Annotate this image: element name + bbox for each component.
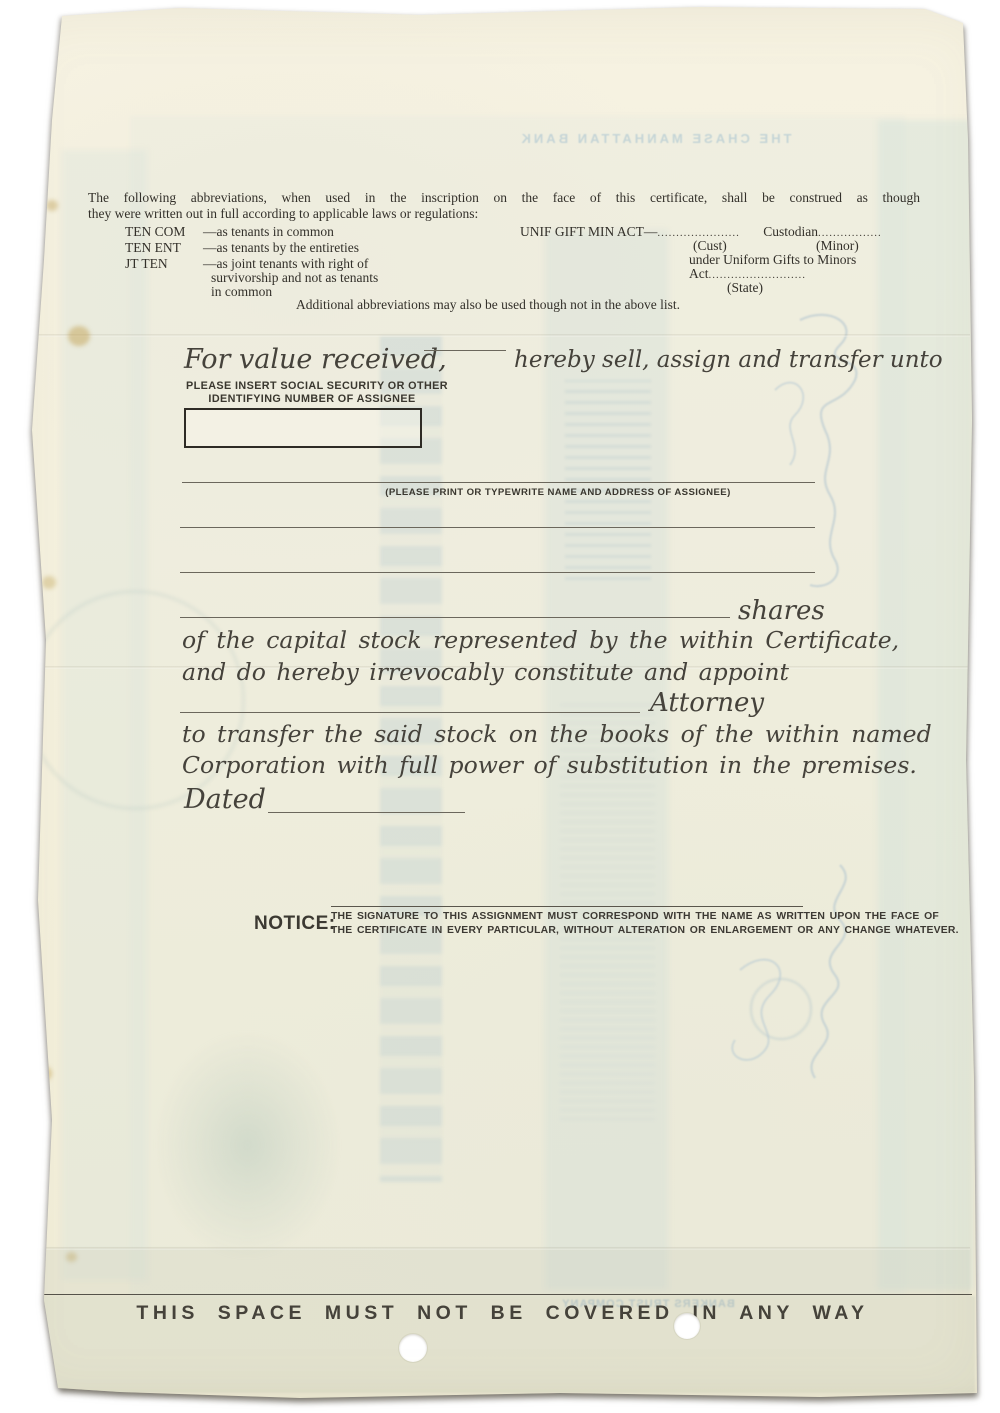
dated-blank-line <box>268 812 465 813</box>
for-value-received-text: For value received, <box>184 344 447 375</box>
scanned-certificate-back: THE CHASE MANHATTAN BANK BANKERS TRUST C… <box>0 0 1000 1413</box>
footer-warning-text: THIS SPACE MUST NOT BE COVERED IN ANY WA… <box>100 1302 905 1325</box>
showthrough-bank-name: THE CHASE MANHATTAN BANK <box>470 131 840 146</box>
attorney-label: Attorney <box>650 688 764 718</box>
abbrev-ten-com-def: —as tenants in common <box>203 224 334 239</box>
punch-hole-left <box>399 1334 427 1362</box>
paper-sheet: THE CHASE MANHATTAN BANK BANKERS TRUST C… <box>0 0 1000 1413</box>
notice-text-line2: THE CERTIFICATE IN EVERY PARTICULAR, WIT… <box>331 925 959 936</box>
foxing-stain <box>42 576 56 589</box>
footer-rule <box>33 1294 972 1295</box>
punch-hole-right <box>674 1313 700 1339</box>
foxing-stain <box>68 326 90 346</box>
notice-overline <box>331 906 803 907</box>
notice-label: NOTICE: <box>254 913 336 935</box>
abbrev-ten-ent: TEN ENT—as tenants by the entireties <box>125 240 359 256</box>
showthrough-signature-lower <box>700 850 880 1090</box>
fold-crease-top <box>35 334 970 337</box>
abbrev-ten-ent-term: TEN ENT <box>125 240 203 256</box>
abbreviations-intro-line2: they were written out in full according … <box>88 206 920 222</box>
unif-custodian: Custodian <box>763 224 818 240</box>
abbrev-ten-com-term: TEN COM <box>125 224 203 240</box>
ssn-instruction-line2: IDENTIFYING NUMBER OF ASSIGNEE <box>186 393 438 405</box>
capital-stock-text: of the capital stock represented by the … <box>182 626 899 654</box>
assignor-blank-line <box>424 350 506 351</box>
abbrev-jt-ten-term: JT TEN <box>125 256 203 272</box>
foxing-stain <box>36 1066 52 1081</box>
showthrough-typed-address <box>565 380 651 580</box>
showthrough-bottom-band-upper <box>40 1248 970 1296</box>
fold-crease-bottom <box>35 1247 970 1250</box>
assignee-line-2 <box>180 527 815 528</box>
attorney-blank-line <box>180 712 640 713</box>
showthrough-signature-upper <box>770 300 910 600</box>
act-label: Act <box>689 266 709 282</box>
abbrev-additional-note: Additional abbreviations may also be use… <box>188 297 788 313</box>
abbrev-jt-ten-def1: —as joint tenants with right of <box>203 256 368 271</box>
dated-label: Dated <box>184 784 266 815</box>
foxing-stain <box>46 200 58 211</box>
showthrough-stamp-ring <box>750 978 812 1040</box>
foxing-stain <box>33 1134 46 1146</box>
notice-text-line1: THE SIGNATURE TO THIS ASSIGNMENT MUST CO… <box>331 911 939 922</box>
assignee-line-1 <box>182 482 815 483</box>
transfer-books-text: to transfer the said stock on the books … <box>182 720 932 748</box>
abbrev-ten-ent-def: —as tenants by the entireties <box>203 240 359 255</box>
showthrough-left-band <box>62 150 147 1280</box>
constitute-appoint-text: and do hereby irrevocably constitute and… <box>182 658 789 686</box>
showthrough-seal <box>150 1025 345 1265</box>
substitution-text: Corporation with full power of substitut… <box>182 751 917 779</box>
unif-gift-label: UNIF GIFT MIN ACT— <box>520 224 657 240</box>
paper-sheet-shadow: THE CHASE MANHATTAN BANK BANKERS TRUST C… <box>0 0 1000 1413</box>
ssn-entry-box <box>184 408 422 448</box>
ssn-instruction-line1: PLEASE INSERT SOCIAL SECURITY OR OTHER <box>186 380 448 392</box>
assignee-line-3 <box>180 572 815 573</box>
assignee-print-note: (PLEASE PRINT OR TYPEWRITE NAME AND ADDR… <box>308 487 808 498</box>
shares-blank-line <box>180 617 730 618</box>
abbrev-ten-com: TEN COM—as tenants in common <box>125 224 334 240</box>
hereby-sell-text: hereby sell, assign and transfer unto <box>514 347 943 373</box>
state-label: (State) <box>727 280 763 296</box>
shares-label: shares <box>738 596 825 626</box>
foxing-stain <box>66 1252 77 1262</box>
abbreviations-intro-line1: The following abbreviations, when used i… <box>88 190 920 206</box>
showthrough-right-band <box>878 120 973 1290</box>
